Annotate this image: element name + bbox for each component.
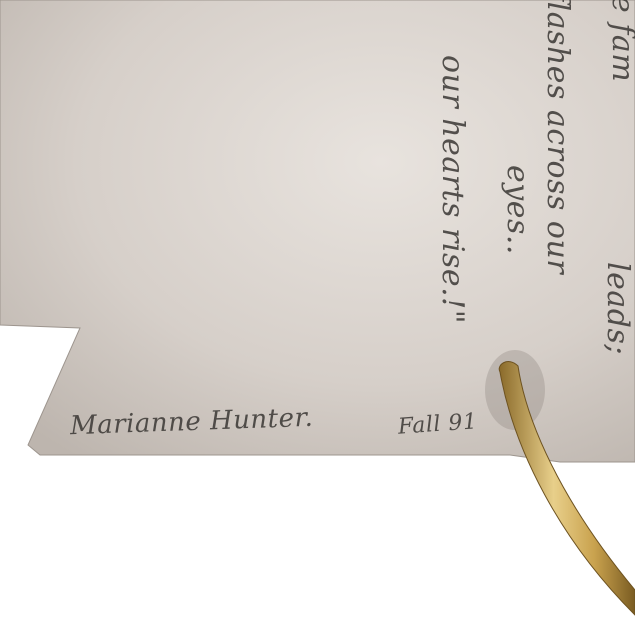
poem-line-3: eyes..	[500, 165, 535, 255]
poem-line-4: our hearts rise.!"	[435, 55, 470, 324]
photo-scene: e fam flashes across our leads; eyes.. o…	[0, 0, 635, 635]
poem-line-2: flashes across our	[540, 0, 575, 274]
poem-line-2-end: leads;	[600, 262, 635, 355]
poem-line-1: e fam	[605, 0, 635, 82]
